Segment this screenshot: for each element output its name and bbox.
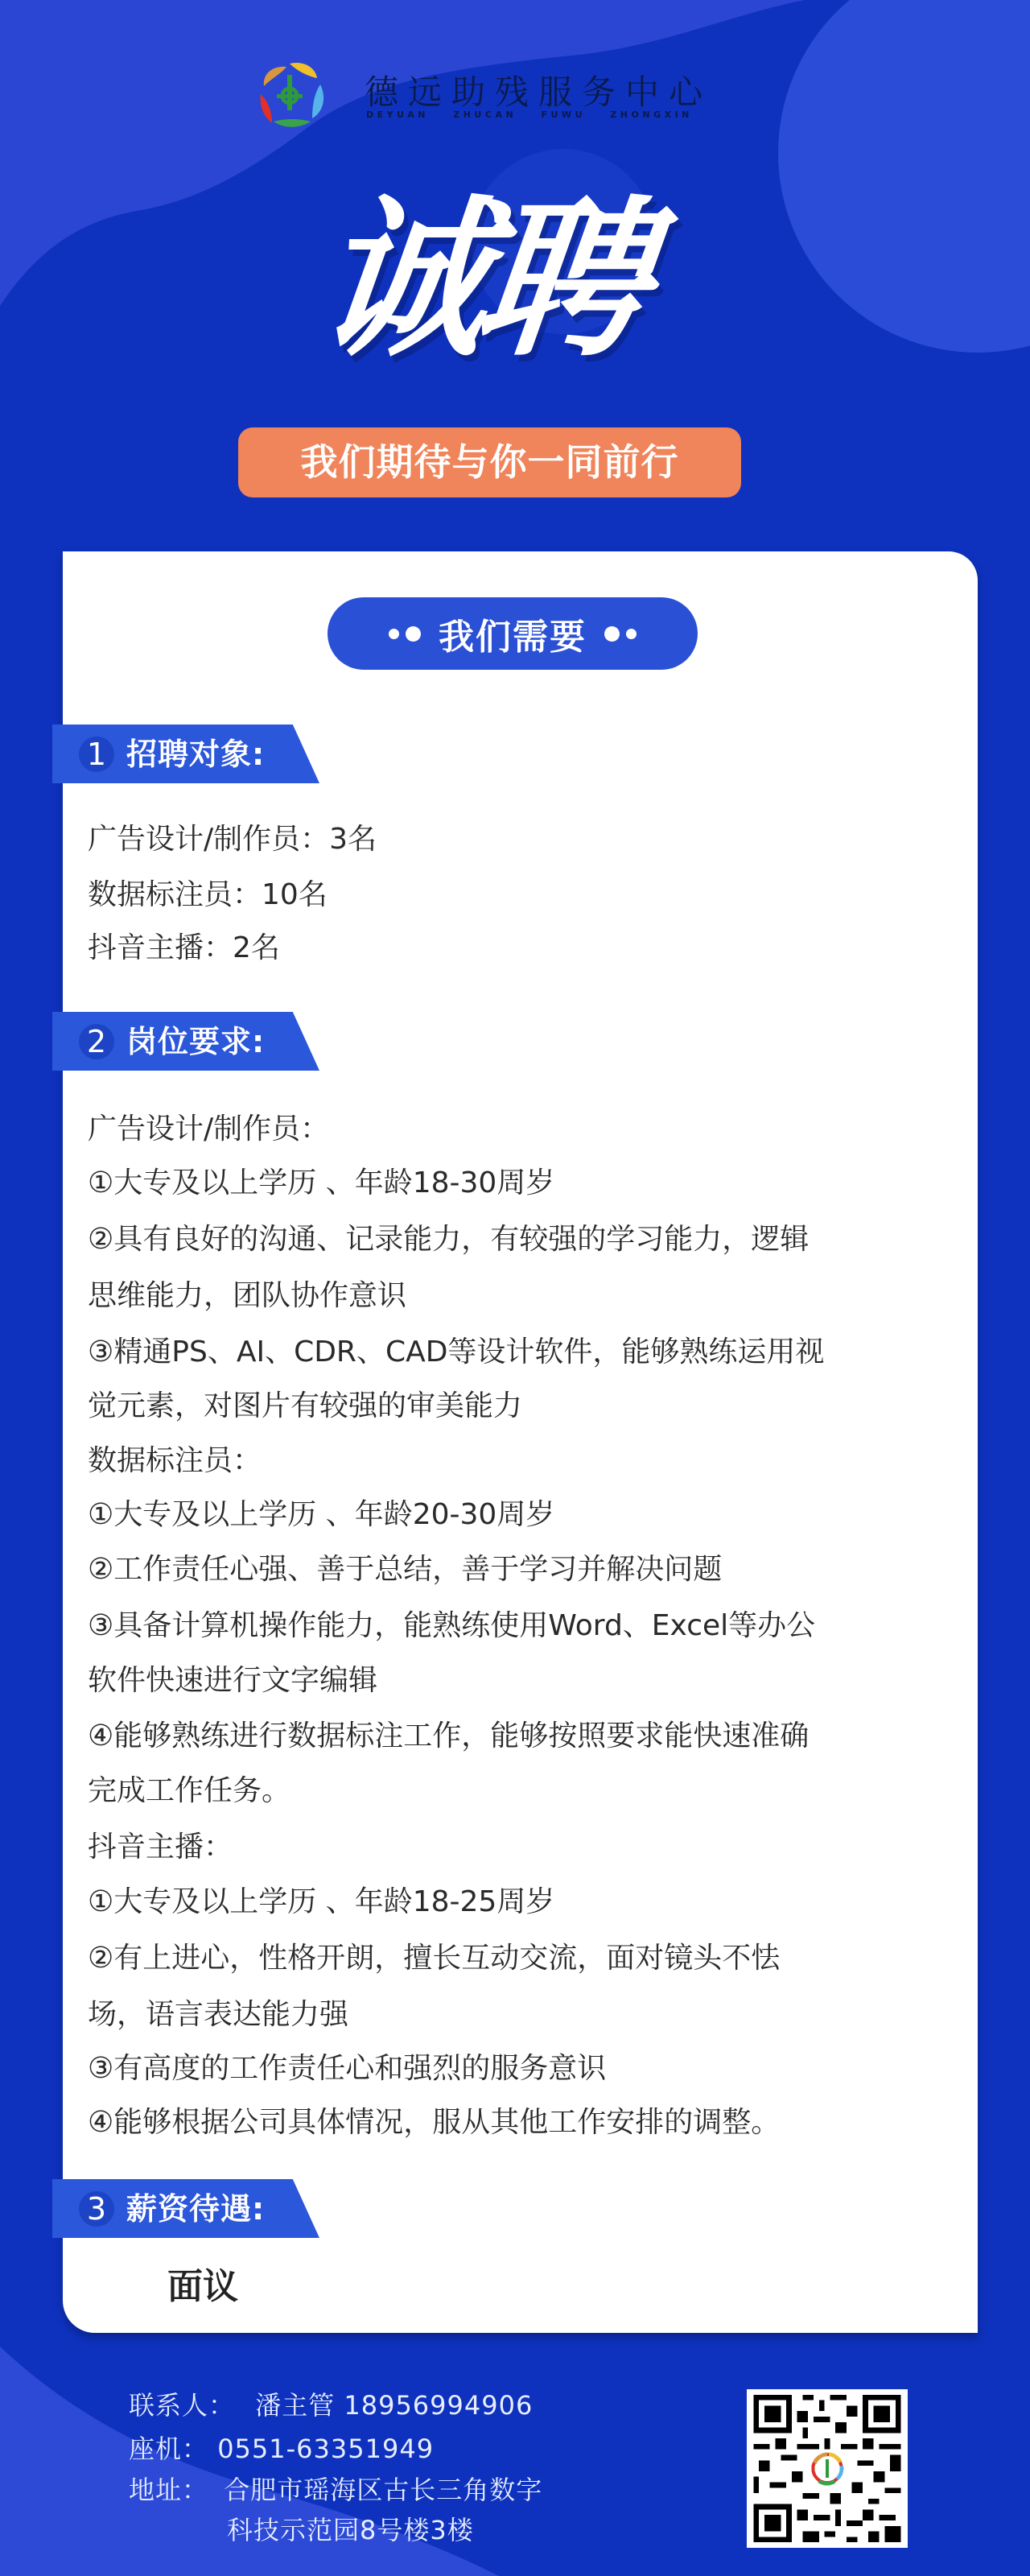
list-item: 软件快速进行文字编辑 [88, 1663, 377, 1699]
hero-title: 诚聘 [307, 184, 722, 377]
salary-value: 面议 [167, 2268, 238, 2306]
section-title: 招聘对象: [126, 733, 265, 776]
list-item: 数据标注员：10名 [88, 877, 328, 913]
card-title: 我们需要 [439, 608, 587, 659]
list-item: 抖音主播：2名 [88, 931, 280, 966]
section-header-recruit-targets: 1 招聘对象: [52, 724, 319, 783]
dots-left-icon [389, 626, 421, 642]
qr-code-icon [747, 2389, 908, 2548]
list-item: 场，语言表达能力强 [88, 1997, 348, 2033]
section-title: 薪资待遇: [126, 2187, 265, 2231]
section-number: 3 [84, 2187, 109, 2231]
contact-person: 联系人： 潘主管 18956994906 [129, 2389, 533, 2421]
list-item: ②具有良好的沟通、记录能力，有较强的学习能力，逻辑 [88, 1222, 809, 1257]
list-item: 抖音主播： [88, 1830, 233, 1865]
org-logo-icon [249, 54, 330, 134]
list-item: 思维能力，团队协作意识 [88, 1278, 406, 1314]
landline-label: 座机： [129, 2434, 208, 2464]
address-line-2: 科技示范园8号楼3楼 [227, 2514, 474, 2546]
section-number: 1 [84, 733, 109, 776]
slogan-banner: 我们期待与你一同前行 [238, 427, 741, 497]
list-item: 觉元素，对图片有较强的审美能力 [88, 1389, 522, 1424]
contact-value: 潘主管 18956994906 [255, 2390, 533, 2421]
org-name: 德远助残服务中心 [365, 66, 712, 114]
landline-value: 0551-63351949 [217, 2434, 434, 2464]
list-item: ①大专及以上学历 、年龄18-25周岁 [88, 1885, 554, 1920]
address-line-1: 合肥市瑶海区古长三角数字 [224, 2475, 542, 2505]
list-item: ①大专及以上学历 、年龄20-30周岁 [88, 1497, 554, 1533]
section-title: 岗位要求: [126, 1020, 265, 1063]
org-subtitle: DEYUAN ZHUCAN FUWU ZHONGXIN [366, 109, 693, 120]
contact-label: 联系人： [129, 2390, 235, 2421]
list-item: 数据标注员： [88, 1443, 262, 1479]
list-item: ④能够熟练进行数据标注工作，能够按照要求能快速准确 [88, 1719, 809, 1754]
card-title-pill: 我们需要 [328, 597, 698, 670]
list-item: ①大专及以上学历 、年龄18-30周岁 [88, 1166, 554, 1201]
section-header-salary: 3 薪资待遇: [52, 2179, 319, 2238]
landline: 座机： 0551-63351949 [129, 2433, 434, 2465]
list-item: 广告设计/制作员： [88, 1112, 329, 1147]
dots-right-icon [604, 626, 637, 642]
list-item: ③具备计算机操作能力，能熟练使用Word、Excel等办公 [88, 1608, 815, 1644]
address: 地址： 合肥市瑶海区古长三角数字 [129, 2474, 542, 2506]
list-item: ④能够根据公司具体情况，服从其他工作安排的调整。 [88, 2105, 780, 2140]
list-item: ②有上进心，性格开朗，擅长互动交流，面对镜头不怯 [88, 1941, 780, 1976]
section-number: 2 [84, 1020, 109, 1063]
list-item: ③精通PS、AI、CDR、CAD等设计软件，能够熟练运用视 [88, 1335, 824, 1370]
list-item: 广告设计/制作员：3名 [88, 822, 377, 857]
list-item: ③有高度的工作责任心和强烈的服务意识 [88, 2051, 606, 2087]
list-item: 完成工作任务。 [88, 1773, 290, 1809]
section-header-job-requirements: 2 岗位要求: [52, 1012, 319, 1071]
list-item: ②工作责任心强、善于总结，善于学习并解决问题 [88, 1552, 722, 1587]
address-label: 地址： [129, 2475, 208, 2505]
